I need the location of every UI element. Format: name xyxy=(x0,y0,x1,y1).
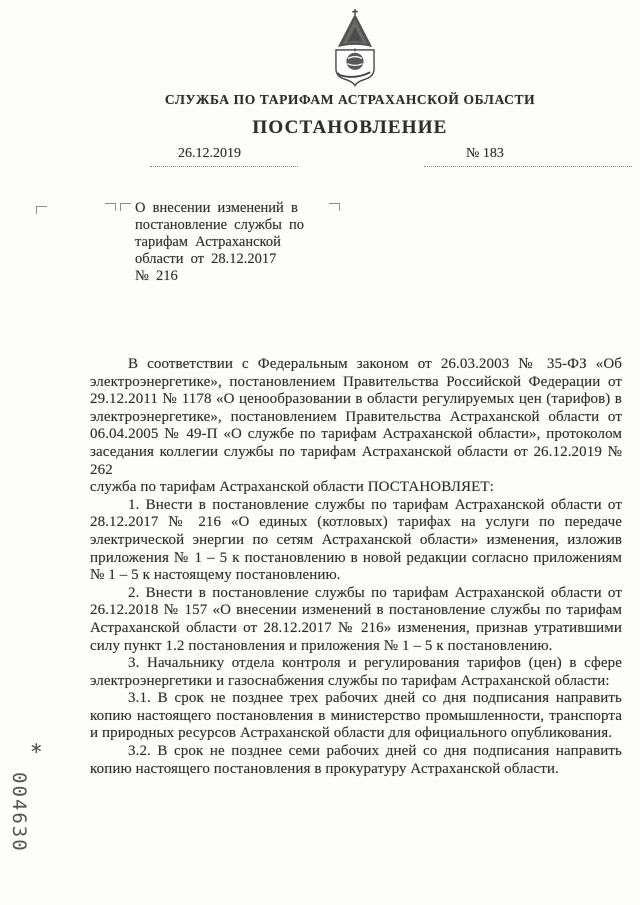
document-date: 26.12.2019 xyxy=(178,146,241,162)
paragraph-item-2: 2. Внести в постановление службы по тари… xyxy=(90,585,622,655)
astrakhan-coat-of-arms-icon xyxy=(318,8,392,93)
document-body: В соответствии с Федеральным законом от … xyxy=(90,356,622,778)
paragraph-item-3-1: 3.1. В срок не позднее трех рабочих дней… xyxy=(90,690,622,743)
paragraph-item-3-2: 3.2. В срок не позднее семи рабочих дней… xyxy=(90,743,622,778)
date-underline xyxy=(150,166,298,167)
paragraph-preamble: В соответствии с Федеральным законом от … xyxy=(90,356,622,479)
margin-asterisk-mark: * xyxy=(31,740,42,764)
paragraph-resolves: служба по тарифам Астраханской области П… xyxy=(90,479,622,497)
paragraph-item-3: 3. Начальнику отдела контроля и регулиро… xyxy=(90,655,622,690)
crop-mark xyxy=(36,206,47,214)
paragraph-item-1: 1. Внести в постановление службы по тари… xyxy=(90,497,622,585)
blank-serial-number: 004630 xyxy=(8,772,30,853)
document-subject: О внесении изменений в постановление слу… xyxy=(135,200,345,285)
document-type-title: ПОСТАНОВЛЕНИЕ xyxy=(60,117,640,139)
scanned-document-page: СЛУЖБА ПО ТАРИФАМ АСТРАХАНСКОЙ ОБЛАСТИ П… xyxy=(0,0,640,905)
document-number: № 183 xyxy=(466,146,504,162)
crop-mark xyxy=(120,203,131,211)
organization-name: СЛУЖБА ПО ТАРИФАМ АСТРАХАНСКОЙ ОБЛАСТИ xyxy=(60,92,640,108)
crop-mark xyxy=(105,203,116,211)
number-underline xyxy=(424,166,632,167)
